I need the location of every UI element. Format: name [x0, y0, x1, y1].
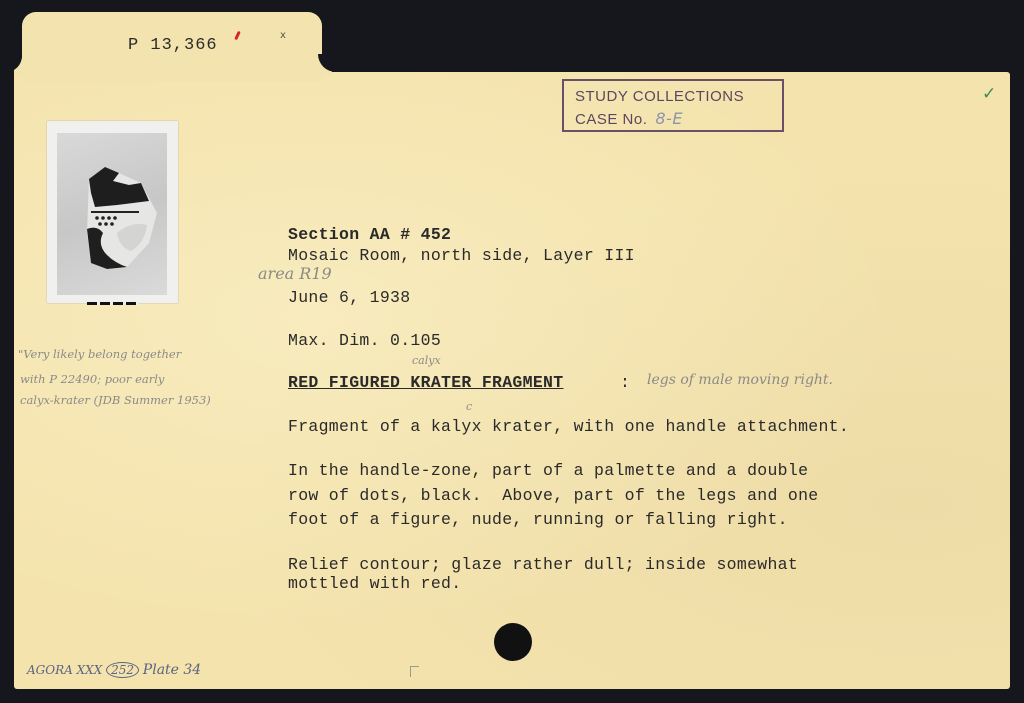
description-paragraph-2-line-1: In the handle-zone, part of a palmette a… — [288, 461, 808, 480]
section-number: Section AA # 452 — [288, 225, 451, 244]
margin-note-line3: calyx-krater (JDB Summer 1953) — [20, 393, 211, 407]
description-paragraph-2-line-3: foot of a figure, nude, running or falli… — [288, 510, 788, 529]
find-date: June 6, 1938 — [288, 288, 410, 307]
case-label: CASE No. — [575, 111, 647, 128]
description-paragraph-3-line-1: Relief contour; glaze rather dull; insid… — [288, 555, 798, 574]
checkmark-icon: ✓ — [982, 84, 996, 104]
case-value: 8-E — [655, 109, 683, 128]
study-collections-stamp: STUDY COLLECTIONS CASE No.8-E — [562, 79, 784, 132]
stamp-line1: STUDY COLLECTIONS — [575, 86, 782, 108]
punch-hole — [494, 623, 532, 661]
description-paragraph-3-line-2: mottled with red. — [288, 574, 461, 593]
find-location: Mosaic Room, north side, Layer III — [288, 246, 635, 265]
plate-reference: Plate 34 — [143, 662, 201, 678]
handwritten-calyx-insert: calyx — [412, 354, 441, 367]
tab-curve — [312, 56, 332, 76]
krater-fragment-icon — [57, 133, 167, 295]
tab-curve — [14, 58, 32, 76]
object-title: RED FIGURED KRATER FRAGMENT — [288, 373, 563, 392]
margin-note-line1: "Very likely belong together — [18, 347, 181, 361]
stamp-line2: CASE No.8-E — [575, 108, 782, 131]
description-paragraph-1: Fragment of a kalyx krater, with one han… — [288, 417, 849, 436]
x-mark: x — [280, 30, 286, 41]
margin-note-line2: with P 22490; poor early — [20, 372, 164, 386]
fragment-photo — [47, 121, 178, 303]
handwritten-area: area R19 — [258, 264, 332, 283]
handwritten-legs-note: legs of male moving right. — [647, 372, 833, 388]
scale-bar — [87, 302, 139, 305]
publication-series: AGORA XXX — [27, 663, 102, 677]
handwritten-c-correction: c — [466, 400, 472, 413]
photo-image — [57, 133, 167, 295]
publication-reference: AGORA XXX 252 Plate 34 — [27, 662, 201, 678]
description-paragraph-2-line-2: row of dots, black. Above, part of the l… — [288, 486, 818, 505]
catalog-number-circled: 252 — [106, 662, 139, 678]
title-colon: : — [620, 373, 630, 392]
max-dimension: Max. Dim. 0.105 — [288, 331, 441, 350]
corner-mark — [410, 666, 419, 677]
inventory-number: P 13,366 — [128, 36, 218, 55]
